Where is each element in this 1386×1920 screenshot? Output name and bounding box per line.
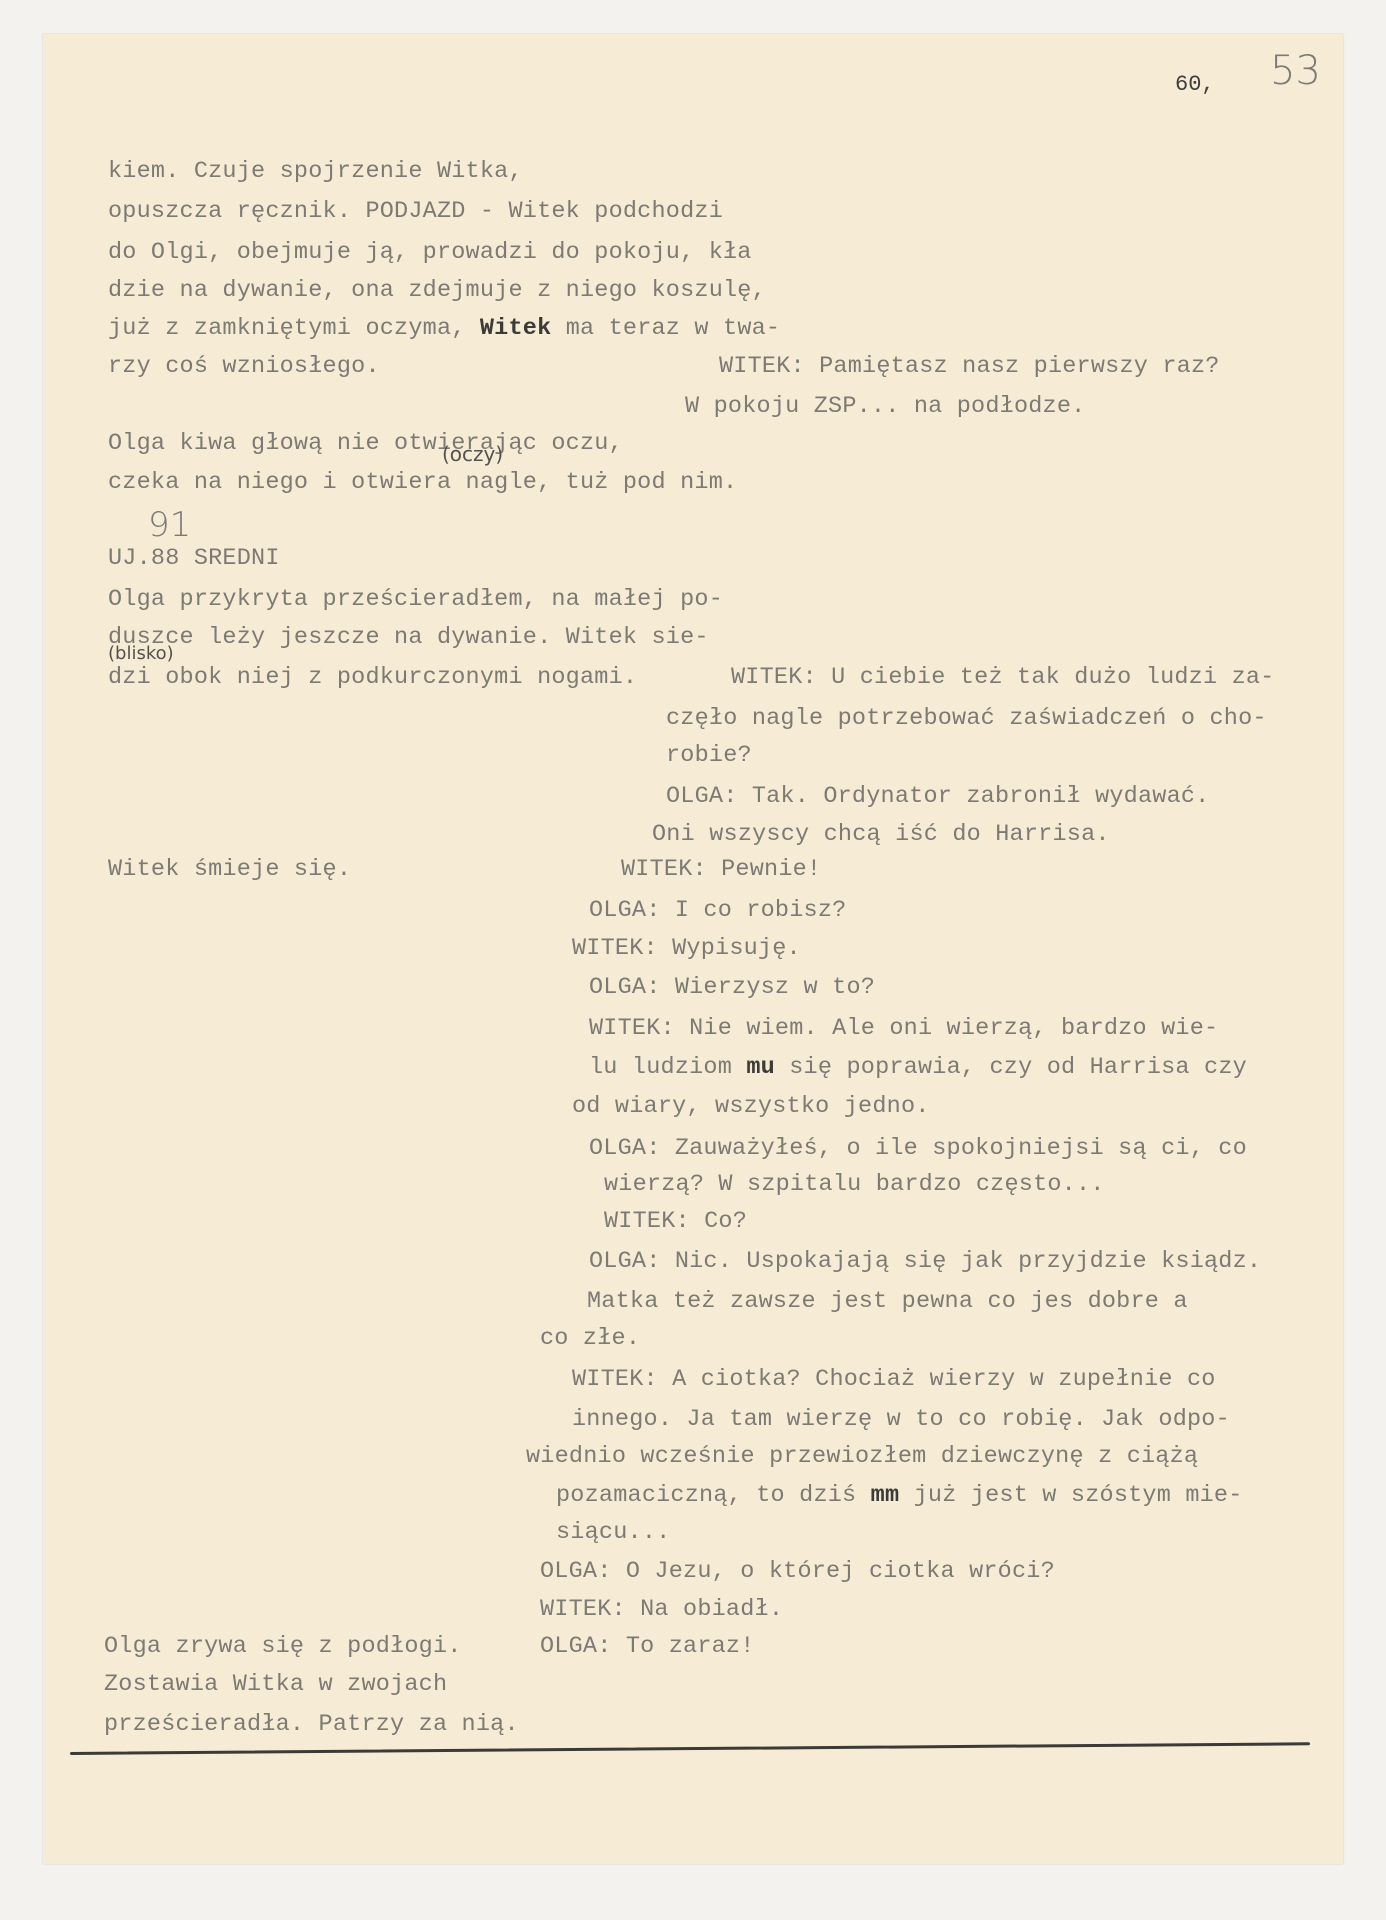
dialogue-line: OLGA: Nic. Uspokajają się jak przyjdzie … [589,1248,1261,1276]
text-line: już z zamkniętymi oczyma, Witek ma teraz… [108,315,780,343]
dialogue-line: OLGA: Tak. Ordynator zabronił wydawać. [666,783,1210,811]
dialogue-line: co złe. [540,1325,640,1353]
struck-word: Witek [480,315,552,342]
dialogue-line: Matka też zawsze jest pewna co jes dobre… [587,1288,1188,1316]
text-line: duszce leży jeszcze na dywanie. Witek si… [108,624,709,652]
text-line: Witek śmieje się. [108,856,351,884]
dialogue-line: innego. Ja tam wierzę w to co robię. Jak… [572,1406,1230,1434]
text-line: prześcieradła. Patrzy za nią. [104,1711,519,1739]
dialogue-line: Oni wszyscy chcą iść do Harrisa. [652,821,1110,849]
text-line: dzi obok niej z podkurczonymi nogami. [108,664,637,692]
text-line: Olga zrywa się z podłogi. [104,1633,462,1661]
dialogue-line: WITEK: A ciotka? Chociaż wierzy w zupełn… [572,1366,1216,1394]
dialogue-line: częło nagle potrzebować zaświadczeń o ch… [666,705,1267,733]
dialogue-line: OLGA: O Jezu, o której ciotka wróci? [540,1558,1055,1586]
dialogue-line: WITEK: Nie wiem. Ale oni wierzą, bardzo … [589,1015,1218,1043]
text-line: dzie na dywanie, ona zdejmuje z niego ko… [108,277,766,305]
dialogue-line: WITEK: Pamiętasz nasz pierwszy raz? [719,353,1220,381]
dialogue-line: WITEK: Pewnie! [621,856,821,884]
pencil-page-number: 53 [1270,48,1321,94]
text-line: rzy coś wzniosłego. [108,353,380,381]
dialogue-line: W pokoju ZSP... na podłodze. [685,393,1085,421]
dialogue-line: robie? [666,742,752,770]
text-line: opuszcza ręcznik. PODJAZD - Witek podcho… [108,198,723,226]
dialogue-line: WITEK: U ciebie też tak dużo ludzi za- [731,664,1275,692]
text-line: Olga kiwa głową nie otwierając oczu, [108,430,623,458]
dialogue-line: OLGA: To zaraz! [540,1633,755,1661]
text-line: Zostawia Witka w zwojach [104,1671,447,1699]
dialogue-line: OLGA: Wierzysz w to? [589,974,875,1002]
dialogue-line: wiednio wcześnie przewiozłem dziewczynę … [526,1443,1198,1471]
typed-page-number: 60, [1175,72,1215,97]
dialogue-line: wierzą? W szpitalu bardzo często... [604,1171,1105,1199]
text-line: kiem. Czuje spojrzenie Witka, [108,158,523,186]
scene-heading: UJ.88 SREDNI [108,545,280,573]
dialogue-line: OLGA: Zauważyłeś, o ile spokojniejsi są … [589,1135,1247,1163]
dialogue-line: od wiary, wszystko jedno. [572,1093,930,1121]
text-line: Olga przykryta prześcieradłem, na małej … [108,586,723,614]
struck-word: mm [871,1482,900,1509]
text-line: do Olgi, obejmuje ją, prowadzi do pokoju… [108,239,752,267]
struck-word: mu [746,1054,775,1081]
dialogue-line: WITEK: Na obiadł. [540,1596,783,1624]
handwritten-scene-number: 91 [148,505,191,545]
dialogue-line: OLGA: I co robisz? [589,897,846,925]
dialogue-line: siącu... [556,1519,670,1547]
handwritten-oczy: (oczy) [442,442,503,466]
dialogue-line: pozamaciczną, to dziś mm już jest w szós… [556,1482,1243,1510]
dialogue-line: WITEK: Co? [604,1208,747,1236]
dialogue-line: WITEK: Wypisuję. [572,935,801,963]
dialogue-line: lu ludziom mu się poprawia, czy od Harri… [589,1054,1247,1082]
handwritten-blisko: (blisko) [108,643,174,664]
text-line: czeka na niego i otwiera nagle, tuż pod … [108,469,737,497]
